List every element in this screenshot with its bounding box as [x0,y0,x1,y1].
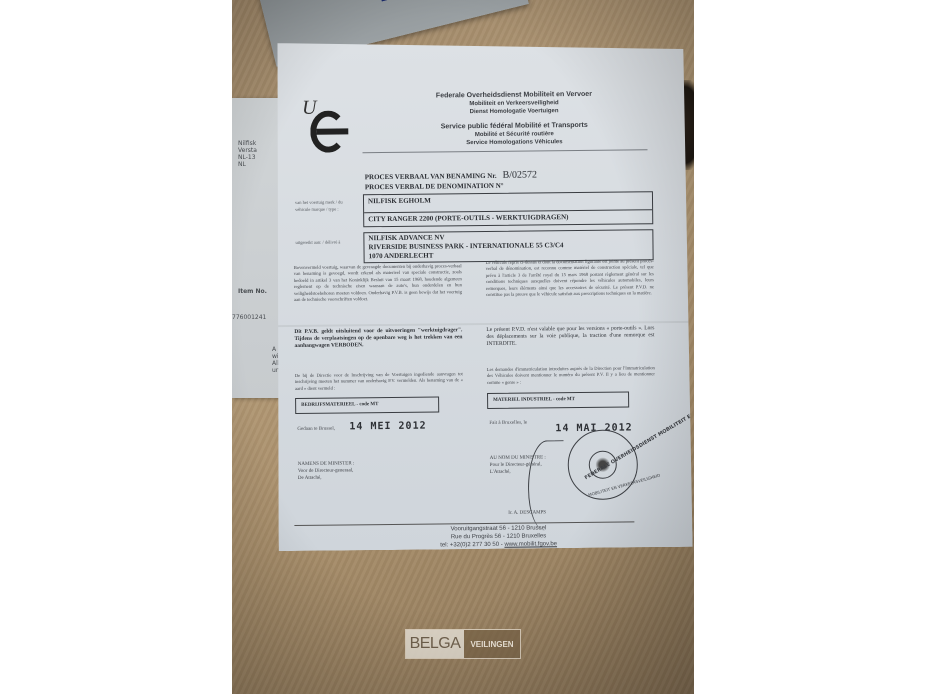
nl-paragraph-3: De bij de Directie voor de Inschrijving … [295,371,463,392]
signature-block-nl: NAMENS DE MINISTER : Voor de Directeur-g… [298,460,355,482]
handwritten-signature [528,440,565,530]
seal-ring-text: FEDERALE OVERHEIDSDIENST MOBILITEIT EN V… [584,397,694,481]
fr-restriction: Le présent P.V.D. n'est valable que pour… [486,325,654,348]
footer-url: www.mobilit.fgov.be [504,541,557,548]
code-box-fr: MATERIEL INDUSTRIEL - code MT [487,391,629,408]
footer-phone: tel: +32(0)2 277 30 50 - [440,542,504,549]
vehicle-label: van het voertuig merk / du véhicule marq… [295,198,357,213]
denomination-document: U Federale Overheidsdienst Mobiliteit en… [273,39,692,551]
back-paper-line: NL-13 [238,154,256,161]
header-fr-3: Service Homologations Véhicules [374,137,654,148]
eu-country-badge: B [375,0,423,1]
nl-paragraph-2: Dit P.V.B. geldt uitsluitend voor de uit… [294,327,462,350]
vehicle-type: CITY RANGER 2200 (PORTE-OUTILS - WERKTUI… [364,209,652,226]
back-paper-line: 776001241 [232,314,266,321]
back-paper-line: Versta [238,147,257,154]
official-seal-icon: FEDERALE OVERHEIDSDIENST MOBILITEIT EN V… [567,429,638,500]
header-rule [362,149,647,153]
back-paper-line: A [272,346,276,353]
place-fr: Fait à Bruxelles, le [489,421,527,426]
fps-logo-icon: U [302,96,349,156]
back-paper-line: Item No. [238,288,267,295]
sign-nl-line: Voor de Directeur-generaal, [298,467,355,475]
pv-title: PROCES VERBAAL VAN BENAMING Nr.B/02572 P… [365,170,537,192]
watermark-brand: BELGA [406,630,464,658]
nl-paragraph-1: Bovenvermeld voertuig, waarvan de gevraa… [294,263,462,303]
vehicle-box: NILFISK EGHOLM CITY RANGER 2200 (PORTE-O… [363,191,653,227]
signer-name: Ir. A. DESCAMPS [508,510,546,515]
fr-paragraph-2: Le présent P.V.D. n'est valable que pour… [486,325,654,348]
pv-title-fr: PROCES VERBAL DE DENOMINATION N° [365,180,537,192]
issued-label: uitgereikt aan: / délivré à [295,238,345,246]
pv-number: B/02572 [502,169,537,180]
watermark-sub: VEILINGEN [464,630,520,658]
fr-paragraph-1: Le véhicule repris ci-dessus et dont la … [486,258,654,298]
pv-title-nl: PROCES VERBAAL VAN BENAMING Nr. [365,172,497,181]
back-paper-line: Nilfisk [238,140,256,147]
belga-watermark: BELGA VEILINGEN [405,629,521,659]
fr-paragraph-3: Les demandes d'immatriculation introduit… [487,365,655,386]
nl-restriction: Dit P.V.B. geldt uitsluitend voor de uit… [294,327,462,350]
photo: B Nilfisk Versta NL-13 NL Item No. 77600… [232,0,694,694]
date-nl: 14 MEI 2012 [349,421,426,433]
place-nl: Gedaan te Brussel, [297,427,335,432]
back-paper-line: NL [238,161,246,168]
document-footer: Vooruitgangstraat 56 - 1210 Brussel Rue … [398,524,598,550]
code-box-nl: BEDRIJFSMATERIEEL - code MT [295,396,439,414]
document-header: Federale Overheidsdienst Mobiliteit en V… [374,89,655,148]
sign-nl-line: De Attaché, [298,474,355,482]
